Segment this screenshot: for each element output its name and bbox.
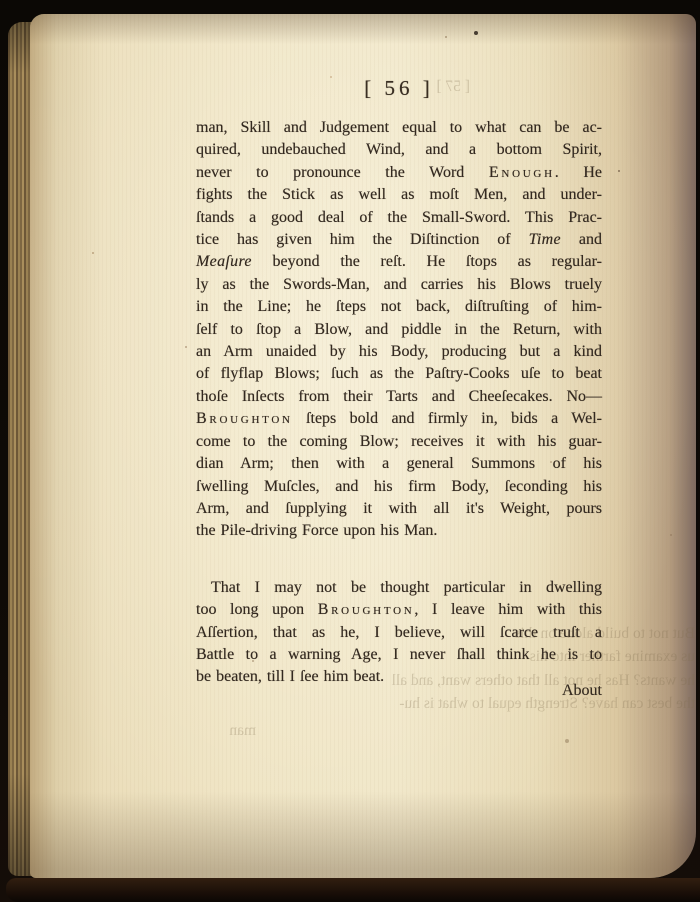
text-line: man, Skill and Judgement equal to what c… bbox=[196, 117, 602, 139]
body-text: quired, undebauched Wind, and a bottom S… bbox=[196, 141, 602, 158]
text-block: man, Skill and Judgement equal to what c… bbox=[196, 117, 602, 689]
small-caps-text: Broughton bbox=[318, 601, 415, 618]
book-cover-edge bbox=[6, 878, 700, 902]
body-text: too long upon bbox=[196, 601, 318, 618]
body-text: Aſſertion, that as he, I believe, will ſ… bbox=[196, 624, 602, 641]
text-line: quired, undebauched Wind, and a bottom S… bbox=[196, 139, 602, 161]
text-line: ſwelling Muſcles, and his firm Body, ſec… bbox=[196, 476, 602, 498]
text-line: ſtands a good deal of the Small-Sword. T… bbox=[196, 207, 602, 229]
body-text: an Arm unaided by his Body, producing bu… bbox=[196, 343, 602, 360]
paragraph: man, Skill and Judgement equal to what c… bbox=[196, 117, 602, 543]
body-text: thoſe Inſects from their Tarts and Cheeſ… bbox=[196, 388, 602, 405]
body-text: ſwelling Muſcles, and his firm Body, ſec… bbox=[196, 478, 602, 495]
text-line: too long upon Broughton, I leave him wit… bbox=[196, 599, 602, 621]
body-text: ſteps bold and firmly in, bids a Wel- bbox=[293, 410, 602, 427]
body-text: the Pile-driving Force upon his Man. bbox=[196, 522, 437, 539]
text-line: That I may not be thought particular in … bbox=[196, 577, 602, 599]
page-number: [ 56 ] bbox=[196, 76, 602, 101]
body-text: Arm, and ſupplying it with all it's Weig… bbox=[196, 500, 602, 517]
paper-specks bbox=[30, 14, 32, 16]
text-line: in the Line; he ſteps not back, diſtruſt… bbox=[196, 296, 602, 318]
text-line: Broughton ſteps bold and firmly in, bids… bbox=[196, 408, 602, 430]
body-text: That I may not be thought particular in … bbox=[211, 579, 602, 596]
italic-text: Meaſure bbox=[196, 253, 252, 270]
body-text: tice has given him the Diſtinction of bbox=[196, 231, 529, 248]
text-line: the Pile-driving Force upon his Man. bbox=[196, 520, 602, 542]
text-line: fights the Stick as well as moſt Men, an… bbox=[196, 184, 602, 206]
body-text: and bbox=[561, 231, 602, 248]
text-line: ly as the Swords-Man, and carries his Bl… bbox=[196, 274, 602, 296]
text-line: dian Arm; then with a general Summons of… bbox=[196, 453, 602, 475]
italic-text: Time bbox=[529, 231, 561, 248]
body-text: . He bbox=[555, 164, 602, 181]
text-line: Aſſertion, that as he, I believe, will ſ… bbox=[196, 622, 602, 644]
body-text: Battle to a warning Age, I never ſhall t… bbox=[196, 646, 602, 663]
text-line: an Arm unaided by his Body, producing bu… bbox=[196, 341, 602, 363]
text-line: come to the coming Blow; receives it wit… bbox=[196, 431, 602, 453]
body-text: , I leave him with this bbox=[414, 601, 602, 618]
body-text: dian Arm; then with a general Summons of… bbox=[196, 455, 602, 472]
text-line: Arm, and ſupplying it with all it's Weig… bbox=[196, 498, 602, 520]
body-text: beyond the reſt. He ſtops as regular- bbox=[252, 253, 602, 270]
bleedthrough-text: man bbox=[196, 722, 256, 740]
body-text: fights the Stick as well as moſt Men, an… bbox=[196, 186, 602, 203]
body-text: in the Line; he ſteps not back, diſtruſt… bbox=[196, 298, 602, 315]
body-text: of flyflap Blows; ſuch as the Paſtry-Coo… bbox=[196, 365, 602, 382]
text-line: thoſe Inſects from their Tarts and Cheeſ… bbox=[196, 386, 602, 408]
body-text: ſelf to ſtop a Blow, and piddle in the R… bbox=[196, 321, 602, 338]
text-line: tice has given him the Diſtinction of Ti… bbox=[196, 229, 602, 251]
body-text: never to pronounce the Word bbox=[196, 164, 489, 181]
text-line: Battle to a warning Age, I never ſhall t… bbox=[196, 644, 602, 666]
text-line: of flyflap Blows; ſuch as the Paſtry-Coo… bbox=[196, 363, 602, 385]
small-caps-text: Broughton bbox=[196, 410, 293, 427]
text-line: never to pronounce the Word Enough. He bbox=[196, 162, 602, 184]
body-text: come to the coming Blow; receives it wit… bbox=[196, 433, 602, 450]
book-page: [ 57 ]But not to build alone on thisus e… bbox=[30, 14, 696, 878]
body-text: ſtands a good deal of the Small-Sword. T… bbox=[196, 209, 602, 226]
body-text: ly as the Swords-Man, and carries his Bl… bbox=[196, 276, 602, 293]
text-line: Meaſure beyond the reſt. He ſtops as reg… bbox=[196, 251, 602, 273]
text-line: ſelf to ſtop a Blow, and piddle in the R… bbox=[196, 319, 602, 341]
small-caps-text: Enough bbox=[489, 164, 555, 181]
body-text: man, Skill and Judgement equal to what c… bbox=[196, 119, 602, 136]
catchword: About bbox=[196, 682, 602, 700]
paragraph: That I may not be thought particular in … bbox=[196, 577, 602, 689]
